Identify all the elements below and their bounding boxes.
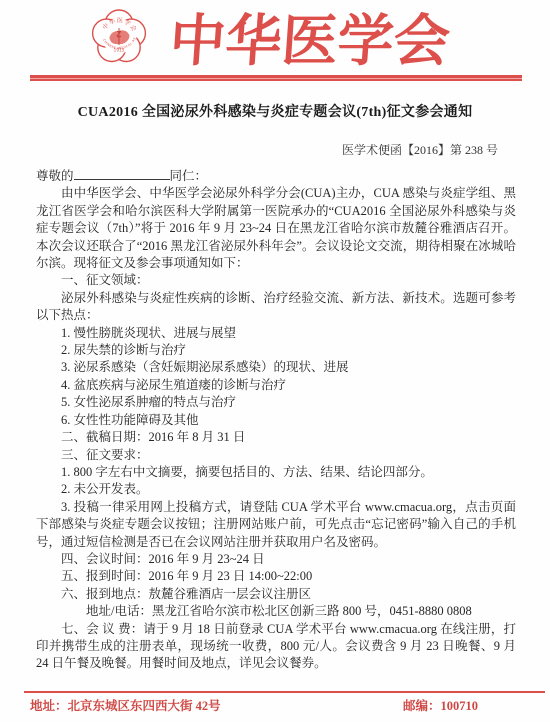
salutation-blank-line <box>74 167 170 180</box>
salutation-prefix: 尊敬的 <box>36 169 74 183</box>
section-2-heading: 二、截稿日期：2016 年 8 月 31 日 <box>36 429 516 446</box>
section-1-heading: 一、征文领域： <box>36 272 516 289</box>
topics-intro: 泌尿外科感染与炎症性疾病的诊断、治疗经验交流、新方法、新技术。选题可参考以下热点… <box>36 290 516 325</box>
document-reference-number: 医学术便函【2016】第 238 号 <box>342 141 498 158</box>
requirement-item-2: 2. 未公开发表。 <box>36 481 516 498</box>
topic-item-3: 3. 泌尿系感染（含妊娠期泌尿系感染）的现状、进展 <box>36 359 516 376</box>
cma-logo: 中华医学会 1915 CHINESE MEDICAL ASSOCIATION <box>74 5 164 71</box>
cma-emblem-icon: 中华医学会 1915 CHINESE MEDICAL ASSOCIATION <box>74 5 164 71</box>
footer-postcode: 邮编：100710 <box>403 696 478 714</box>
footer-divider <box>24 691 545 693</box>
section-4-heading: 四、会议时间：2016 年 9 月 23~24 日 <box>36 551 516 568</box>
scanned-notice-page: 中华医学会 1915 CHINESE MEDICAL ASSOCIATION 中… <box>0 0 550 722</box>
letterhead-divider <box>30 75 522 81</box>
intro-paragraph: 由中华医学会、中华医学会泌尿外科学分会(CUA)主办，CUA 感染与炎症学组、黑… <box>36 185 516 272</box>
topic-item-5: 5. 女性泌尿系肿瘤的特点与治疗 <box>36 394 516 411</box>
section-5-heading: 五、报到时间：2016 年 9 月 23 日 14:00~22:00 <box>36 568 516 585</box>
notice-title: CUA2016 全国泌尿外科感染与炎症专题会议(7th)征文参会通知 <box>10 101 540 121</box>
footer: 地址：北京东城区东四西大街 42号 邮编：100710 <box>30 696 478 714</box>
requirement-item-1: 1. 800 字左右中文摘要，摘要包括目的、方法、结果、结论四部分。 <box>36 464 516 481</box>
topic-item-6: 6. 女性性功能障碍及其他 <box>36 412 516 429</box>
topic-item-4: 4. 盆底疾病与泌尿生殖道瘘的诊断与治疗 <box>36 377 516 394</box>
topic-item-1: 1. 慢性膀胱炎现状、进展与展望 <box>36 325 516 342</box>
topic-item-2: 2. 尿失禁的诊断与治疗 <box>36 342 516 359</box>
venue-address-line: 地址/电话：黑龙江省哈尔滨市松北区创新三路 800 号，0451-8880 08… <box>36 603 516 620</box>
section-7-paragraph: 七、会 议 费：请于 9 月 18 日前登录 CUA 学术平台 www.cmac… <box>36 621 516 673</box>
requirement-item-3: 3. 投稿一律采用网上投稿方式，请登陆 CUA 学术平台 www.cmacua.… <box>36 499 516 551</box>
section-3-heading: 三、征文要求： <box>36 447 516 464</box>
org-name-calligraphy: 中华医学会 <box>167 0 522 76</box>
footer-address: 地址：北京东城区东四西大街 42号 <box>30 696 221 714</box>
section-6-heading: 六、报到地点：敖麓谷雅酒店一层会议注册区 <box>36 586 516 603</box>
salutation-line: 尊敬的同仁： <box>36 167 516 185</box>
notice-body: 尊敬的同仁： 由中华医学会、中华医学会泌尿外科学分会(CUA)主办，CUA 感染… <box>36 167 516 673</box>
salutation-suffix: 同仁： <box>170 169 208 183</box>
